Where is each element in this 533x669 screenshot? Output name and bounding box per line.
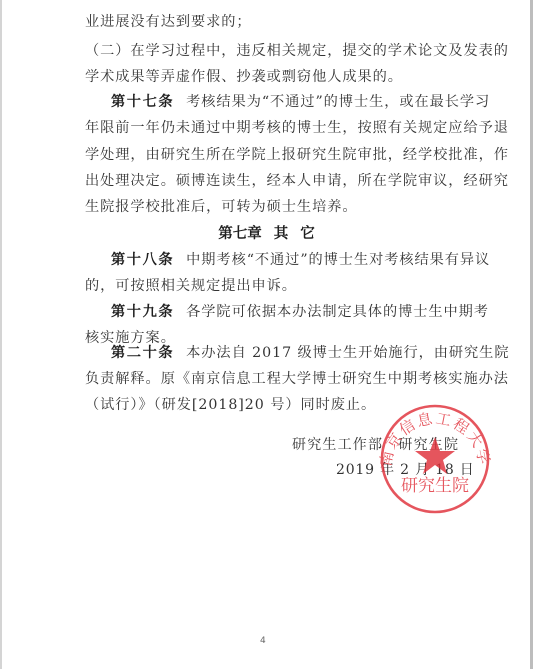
- article-20-line: 第二十条本办法自 2017 级博士生开始施行，由研究生院: [111, 343, 449, 363]
- document-page: 业进展没有达到要求的； （二）在学习过程中，违反相关规定，提交的学术论文及发表的…: [0, 0, 533, 669]
- text-line: 年限前一年仍未通过中期考核的博士生，按照有关规定应给予退: [85, 118, 449, 138]
- article-17-line: 第十七条考核结果为“不通过”的博士生，或在最长学习: [111, 92, 449, 112]
- article-18-label: 第十八条: [111, 252, 174, 268]
- article-18-text: 中期考核“不通过”的博士生对考核结果有异议: [186, 252, 490, 268]
- text-line: 学处理，由研究生所在学院上报研究生院审批，经学校批准，作: [85, 145, 449, 165]
- article-20-text: 本办法自 2017 级博士生开始施行，由研究生院: [186, 345, 509, 361]
- star-icon: [415, 437, 455, 474]
- article-18-line: 第十八条中期考核“不通过”的博士生对考核结果有异议: [111, 250, 449, 270]
- official-seal-stamp: 南京信息工程大学 研究生院: [379, 403, 491, 515]
- text-line: （二）在学习过程中，违反相关规定，提交的学术论文及发表的: [85, 41, 449, 61]
- text-line: 出处理决定。硕博连读生，经本人申请，所在学院审议，经研究: [85, 171, 449, 191]
- article-20-label: 第二十条: [111, 345, 174, 361]
- chapter-title-a: 其: [274, 225, 289, 242]
- text-line: 的，可按照相关规定提出申诉。: [85, 276, 449, 296]
- article-19-text: 各学院可依据本办法制定具体的博士生中期考: [186, 304, 489, 320]
- article-17-text: 考核结果为“不通过”的博士生，或在最长学习: [186, 94, 490, 110]
- article-19-label: 第十九条: [111, 304, 174, 320]
- stamp-center-text: 研究生院: [401, 476, 469, 496]
- chapter-heading: 第七章其它: [0, 224, 533, 244]
- article-17-label: 第十七条: [111, 94, 174, 110]
- chapter-number: 第七章: [218, 225, 262, 242]
- chapter-title-b: 它: [300, 225, 315, 242]
- text-line: 业进展没有达到要求的；: [85, 12, 449, 32]
- page-left-edge: [0, 0, 2, 669]
- text-line: 负责解释。原《南京信息工程大学博士研究生中期考核实施办法: [85, 369, 449, 389]
- article-19-line: 第十九条各学院可依据本办法制定具体的博士生中期考: [111, 302, 449, 322]
- text-line: 生院报学校批准后，可转为硕士生培养。: [85, 197, 449, 217]
- page-number: 4: [260, 636, 266, 646]
- text-line: 学术成果等弄虚作假、抄袭或剽窃他人成果的。: [85, 67, 449, 87]
